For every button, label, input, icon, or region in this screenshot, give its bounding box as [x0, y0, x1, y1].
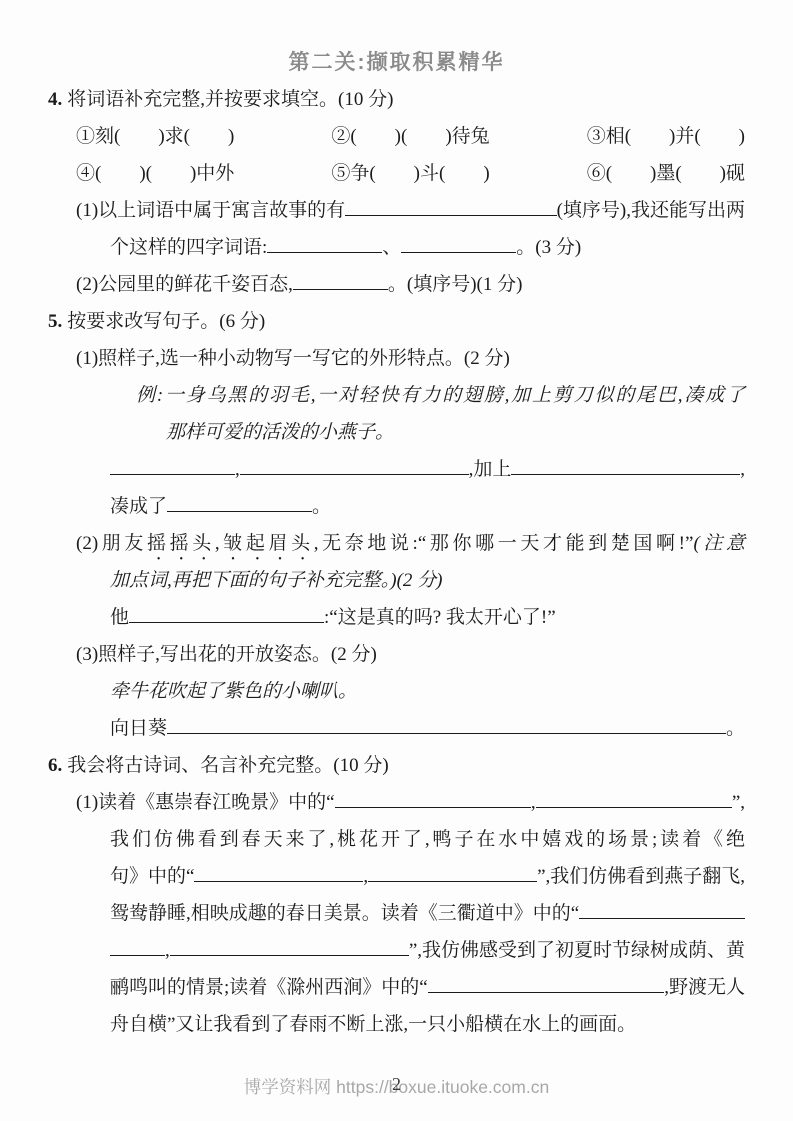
answer-blank [170, 955, 409, 956]
answer-blank [167, 511, 312, 512]
q5-stem: 按要求改写句子。(6 分) [67, 311, 265, 332]
q5-sub3-fill-line: 向日葵。 [48, 710, 745, 747]
worksheet-page: 第二关:撷取积累精华 4.将词语补充完整,并按要求填空。(10 分) ①刻( )… [0, 0, 793, 1043]
answer-blank [401, 252, 516, 253]
q5-fill-line1: ,,加上, [48, 451, 745, 488]
q6-l1-sep: , [531, 784, 536, 821]
q5-sub3-example: 牵牛花吹起了紫色的小喇叭。 [48, 673, 745, 710]
answer-blank [194, 881, 363, 882]
q4-number: 4. [48, 89, 67, 110]
q6-l3-pre: 句》中的“ [110, 858, 194, 895]
answer-blank [428, 992, 665, 993]
q5-sub2-line2: 加点词,再把下面的句子补充完整。)(2 分) [48, 562, 745, 599]
q4-sub2-pre: (2)公园里的鲜花千姿百态, [76, 266, 293, 303]
q6-line1: (1)读着《惠崇春江晚景》中的“,”, [48, 784, 745, 821]
q5-sub2-rest: ,无奈地说:“那你哪一天才能到楚国啊!” [314, 533, 694, 554]
q5-sub2-pre: (2)朋友 [76, 533, 147, 554]
q4-sub1-l2-end: 。(3 分) [516, 229, 581, 266]
q5-sub2-fill-pre: 他 [110, 599, 129, 636]
q4-sub1-pre: (1)以上词语中属于寓言故事的有 [76, 192, 345, 229]
q5-sub2-emphasized-word-1: 摇摇头 [147, 533, 215, 554]
q5-fill-line2: 凑成了。 [48, 488, 745, 525]
page-footer: 博学资料网 https://boxue.ituoke.com.cn 2 [0, 1074, 793, 1099]
q4-sub1-l2-sep: 、 [382, 229, 401, 266]
q6-l6-pre: 鹂鸣叫的情景;读着《滁州西涧》中的“ [110, 969, 428, 1006]
answer-blank [335, 807, 531, 808]
q5-sub3-line: (3)照样子,写出花的开放姿态。(2 分) [48, 636, 745, 673]
q4-word-row-2: ④( )( )中外 ⑤争( )斗( ) ⑥( )墨( )砚 [48, 155, 745, 192]
q4-sub2-end: 。(填序号)(1 分) [388, 266, 523, 303]
q5-fill-sep1: , [235, 451, 240, 488]
q4-sub1-line1: (1)以上词语中属于寓言故事的有(填序号),我还能写出两 [48, 192, 745, 229]
q5-sub2-fill-line: 他:“这是真的吗? 我太开心了!” [48, 599, 745, 636]
answer-blank [368, 881, 537, 882]
q5-sub1-line: (1)照样子,选一种小动物写一写它的外形特点。(2 分) [48, 340, 745, 377]
q6-l4-text: 鸳鸯静睡,相映成趣的春日美景。读着《三衢道中》中的“ [110, 895, 579, 932]
q5-example-line1: 例:一身乌黑的羽毛,一对轻快有力的翅膀,加上剪刀似的尾巴,凑成了 [48, 377, 745, 414]
answer-blank [110, 474, 235, 475]
q6-line7: 舟自横”又让我看到了春雨不断上涨,一只小船横在水上的画面。 [48, 1006, 745, 1043]
q5-sub3-fill-end: 。 [726, 710, 745, 747]
q4-word-5: ⑤争( )斗( ) [331, 155, 489, 192]
answer-blank [579, 918, 745, 919]
q6-line3: 句》中的“,”,我们仿佛看到燕子翻飞, [48, 858, 745, 895]
q4-word-row-1: ①刻( )求( ) ②( )( )待兔 ③相( )并( ) [48, 118, 745, 155]
page-number: 2 [392, 1074, 401, 1095]
q4-word-6: ⑥( )墨( )砚 [587, 155, 745, 192]
q4-sub1-l2-pre: 个这样的四字词语: [110, 229, 267, 266]
q5-stem-line: 5.按要求改写句子。(6 分) [48, 303, 745, 340]
q6-number: 6. [48, 755, 67, 776]
q6-line2: 我们仿佛看到春天来了,桃花开了,鸭子在水中嬉戏的场景;读着《绝 [48, 821, 745, 858]
q5-number: 5. [48, 311, 67, 332]
answer-blank [345, 215, 556, 216]
q4-sub1-line2: 个这样的四字词语:、。(3 分) [48, 229, 745, 266]
q6-l1-end: ”, [732, 784, 745, 821]
q6-line4: 鸳鸯静睡,相映成趣的春日美景。读着《三衢道中》中的“ [48, 895, 745, 932]
q6-l3-end: ”,我们仿佛看到燕子翻飞, [537, 858, 745, 895]
q5-example-line2: 那样可爱的活泼的小燕子。 [48, 414, 745, 451]
q5-sub2-fill-end: :“这是真的吗? 我太开心了!” [324, 599, 556, 636]
q5-fill-sep3: , [740, 451, 745, 488]
q5-fill-sep2: ,加上 [469, 451, 512, 488]
answer-blank [293, 289, 388, 290]
answer-blank [511, 474, 740, 475]
q4-sub1-mid: (填序号),我还能写出两 [557, 192, 745, 229]
q4-sub2-line: (2)公园里的鲜花千姿百态,。(填序号)(1 分) [48, 266, 745, 303]
answer-blank [267, 252, 382, 253]
answer-blank [536, 807, 732, 808]
q4-stem-line: 4.将词语补充完整,并按要求填空。(10 分) [48, 81, 745, 118]
q5-sub2-emphasized-word-2: 皱起眉头 [220, 533, 314, 554]
question-6: 6.我会将古诗词、名言补充完整。(10 分) (1)读着《惠崇春江晚景》中的“,… [48, 747, 745, 1043]
q6-l6-end: ,野渡无人 [664, 969, 745, 1006]
q5-sub2-line1: (2)朋友摇摇头,皱起眉头,无奈地说:“那你哪一天才能到楚国啊!”(注意 [48, 525, 745, 562]
answer-blank [110, 955, 165, 956]
q6-l5-sep: , [165, 932, 170, 969]
q6-l5-end: ”,我仿佛感受到了初夏时节绿树成荫、黄 [409, 932, 745, 969]
q6-line6: 鹂鸣叫的情景;读着《滁州西涧》中的“,野渡无人 [48, 969, 745, 1006]
q6-line5: ,”,我仿佛感受到了初夏时节绿树成荫、黄 [48, 932, 745, 969]
q6-l1-pre: (1)读着《惠崇春江晚景》中的“ [76, 784, 335, 821]
q4-word-1: ①刻( )求( ) [76, 118, 234, 155]
q6-stem: 我会将古诗词、名言补充完整。(10 分) [67, 755, 388, 776]
section-header: 第二关:撷取积累精华 [48, 44, 745, 81]
q5-fill2-end: 。 [312, 488, 331, 525]
q4-word-2: ②( )( )待兔 [331, 118, 489, 155]
question-5: 5.按要求改写句子。(6 分) (1)照样子,选一种小动物写一写它的外形特点。(… [48, 303, 745, 747]
q5-fill2-pre: 凑成了 [110, 488, 167, 525]
q5-sub3-fill-pre: 向日葵 [110, 710, 167, 747]
q6-l3-sep: , [363, 858, 368, 895]
q6-stem-line: 6.我会将古诗词、名言补充完整。(10 分) [48, 747, 745, 784]
q4-stem: 将词语补充完整,并按要求填空。(10 分) [67, 89, 393, 110]
answer-blank [167, 733, 726, 734]
question-4: 4.将词语补充完整,并按要求填空。(10 分) ①刻( )求( ) ②( )( … [48, 81, 745, 303]
answer-blank [129, 622, 324, 623]
q5-sub2-note: (注意 [693, 533, 745, 554]
q4-word-3: ③相( )并( ) [587, 118, 745, 155]
q4-word-4: ④( )( )中外 [76, 155, 234, 192]
answer-blank [240, 474, 469, 475]
